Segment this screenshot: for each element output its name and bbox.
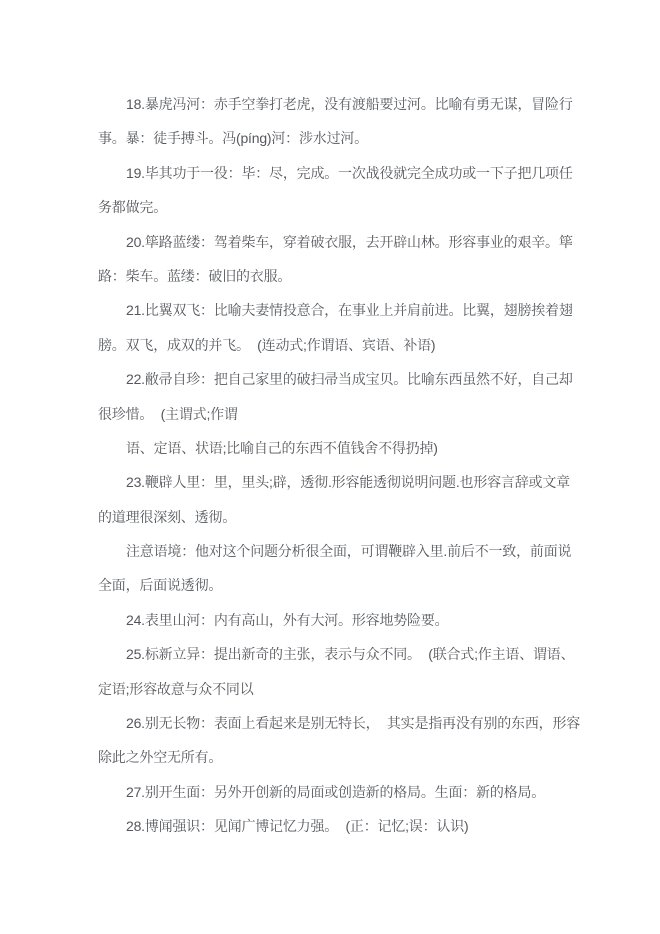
text-line: 21.比翼双飞：比喻夫妻情投意合，在事业上并肩前进。比翼，翅膀挨着翅 [98,293,650,327]
text-line: 28.博闻强识：见闻广博记忆力强。 (正：记忆;误：认识) [98,809,650,843]
text-line: 膀。双飞，成双的并飞。 (连动式;作谓语、宾语、补语) [98,328,650,362]
text-line: 26.别无长物：表面上看起来是别无特长， 其实是指再没有别的东西，形容 [98,706,650,740]
text-line: 的道理很深刻、透彻。 [98,500,650,534]
text-line: 语、定语、状语;比喻自己的东西不值钱舍不得扔掉) [98,431,650,465]
text-line: 事。暴：徒手搏斗。冯(píng)河：涉水过河。 [98,121,650,155]
document-page: 18.暴虎冯河：赤手空拳打老虎，没有渡船要过河。比喻有勇无谋，冒险行事。暴：徒手… [0,0,660,934]
text-line: 很珍惜。 (主谓式;作谓 [98,397,650,431]
text-line: 20.筚路蓝缕：驾着柴车，穿着破衣服，去开辟山林。形容事业的艰辛。筚 [98,225,650,259]
text-line: 24.表里山河：内有高山，外有大河。形容地势险要。 [98,603,650,637]
text-line: 路：柴车。蓝缕：破旧的衣服。 [98,259,650,293]
text-line: 23.鞭辟人里：里，里头;辟，透彻.形容能透彻说明问题.也形容言辞或文章 [98,465,650,499]
text-line: 定语;形容故意与众不同以 [98,672,650,706]
text-line: 22.敝帚自珍：把自己家里的破扫帚当成宝贝。比喻东西虽然不好，自己却 [98,362,650,396]
text-line: 18.暴虎冯河：赤手空拳打老虎，没有渡船要过河。比喻有勇无谋，冒险行 [98,87,650,121]
text-line: 除此之外空无所有。 [98,740,650,774]
text-line: 27.别开生面：另外开创新的局面或创造新的格局。生面：新的格局。 [98,775,650,809]
text-line: 注意语境：他对这个问题分析很全面，可谓鞭辟入里.前后不一致，前面说 [98,534,650,568]
text-line: 25.标新立异：提出新奇的主张，表示与众不同。 (联合式;作主语、谓语、 [98,637,650,671]
document-text: 18.暴虎冯河：赤手空拳打老虎，没有渡船要过河。比喻有勇无谋，冒险行事。暴：徒手… [98,87,650,844]
text-line: 务都做完。 [98,190,650,224]
text-line: 全面，后面说透彻。 [98,568,650,602]
text-line: 19.毕其功于一役：毕：尽，完成。一次战役就完全成功或一下子把几项任 [98,156,650,190]
